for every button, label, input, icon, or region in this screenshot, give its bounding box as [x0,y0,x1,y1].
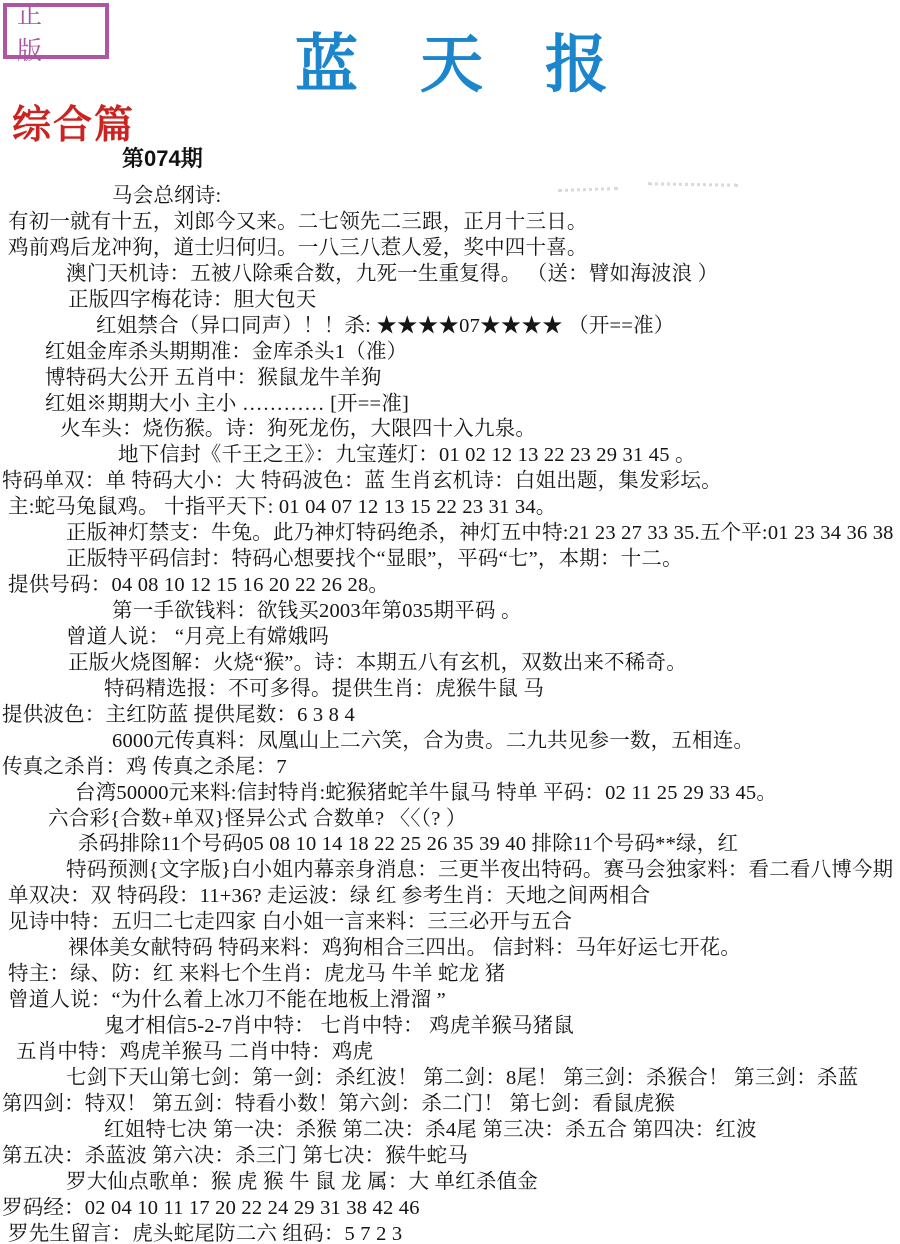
text-line: 有初一就有十五，刘郎今又来。二七领先二三跟，正月十三日。 [0,210,900,236]
text-line: 第一手欲钱料：欲钱买2003年第035期平码 。 [0,599,900,625]
text-line: 马会总纲诗: [0,184,900,210]
text-line: 七剑下天山第七剑：第一剑：杀红波！ 第二剑：8尾！ 第三剑：杀猴合！ 第三剑：杀… [0,1066,900,1092]
body-lines: 马会总纲诗:有初一就有十五，刘郎今又来。二七领先二三跟，正月十三日。鸡前鸡后龙冲… [0,184,900,1244]
text-line: 正版四字梅花诗：胆大包天 [0,288,900,314]
text-line: 杀码排除11个号码05 08 10 14 18 22 25 26 35 39 4… [0,832,900,858]
text-line: 五肖中特：鸡虎羊猴马 二肖中特：鸡虎 [0,1040,900,1066]
text-line: 第五决：杀蓝波 第六决：杀三门 第七决：猴牛蛇马 [0,1144,900,1170]
text-line: 裸体美女献特码 特码来料：鸡狗相合三四出。 信封料：马年好运七开花。 [0,936,900,962]
text-line: 罗大仙点歌单：猴 虎 猴 牛 鼠 龙 属：大 单红杀值金 [0,1170,900,1196]
text-line: 传真之杀肖：鸡 传真之杀尾：7 [0,755,900,781]
text-line: 正版火烧图解：火烧“猴”。诗：本期五八有玄机，双数出来不稀奇。 [0,651,900,677]
text-line: 红姐金库杀头期期准：金库杀头1（准） [0,340,900,366]
text-line: 主:蛇马兔鼠鸡。 十指平天下: 01 04 07 12 13 15 22 23 … [0,495,900,521]
text-line: 博特码大公开 五肖中：猴鼠龙牛羊狗 [0,366,900,392]
section-title: 综合篇 [12,94,135,150]
text-line: 特码精选报：不可多得。提供生肖：虎猴牛鼠 马 [0,677,900,703]
text-line: 特主：绿、防：红 来料七个生肖：虎龙马 牛羊 蛇龙 猪 [0,962,900,988]
text-line: 火车头：烧伤猴。诗：狗死龙伤，大限四十入九泉。 [0,417,900,443]
text-line: 红姐※期期大小 主小 ………… [开==准] [0,392,900,418]
text-line: 鬼才相信5-2-7肖中特： 七肖中特： 鸡虎羊猴马猪鼠 [0,1014,900,1040]
stamp-label: 正 版 [7,0,105,67]
text-line: 见诗中特：五归二七走四家 白小姐一言来料：三三必开与五合 [0,910,900,936]
issue-number: 第074期 [122,142,203,173]
text-line: 第四剑：特双！ 第五剑：特看小数！第六剑：杀二门！ 第七剑：看鼠虎猴 [0,1092,900,1118]
text-line: 地下信封《千王之王》：九宝莲灯：01 02 12 13 22 23 29 31 … [0,443,900,469]
text-line: 正版神灯禁支：牛兔。此乃神灯特码绝杀，神灯五中特:21 23 27 33 35.… [0,521,900,547]
text-line: 特码单双：单 特码大小：大 特码波色：蓝 生肖玄机诗：白姐出题，集发彩坛。 [0,469,900,495]
text-line: 单双决：双 特码段：11+36? 走运波：绿 红 参考生肖：天地之间两相合 [0,884,900,910]
text-line: 澳门天机诗：五被八除乘合数，九死一生重复得。 （送：臂如海波浪 ） [0,262,900,288]
text-line: 红姐禁合（异口同声）！！杀: ★★★★07★★★★ （开==准） [0,314,900,340]
text-line: 特码预测{文字版}白小姐内幕亲身消息：三更半夜出特码。赛马会独家料：看二看八博今… [0,858,900,884]
text-line: 提供号码：04 08 10 12 15 16 20 22 26 28。 [0,573,900,599]
masthead-title: 蓝天报 [295,14,670,105]
newspaper-page: 正 版 蓝天报 综合篇 第074期 马会总纲诗:有初一就有十五，刘郎今又来。二七… [0,0,900,1244]
text-line: 6000元传真料：凤凰山上二六笑，合为贵。二九共见参一数，五相连。 [0,729,900,755]
text-line: 正版特平码信封：特码心想要找个“显眼”，平码“七”，本期：十二。 [0,547,900,573]
text-line: 红姐特七决 第一决：杀猴 第二决：杀4尾 第三决：杀五合 第四决：红波 [0,1118,900,1144]
text-line: 罗码经：02 04 10 11 17 20 22 24 29 31 38 42 … [0,1196,900,1222]
text-line: 提供波色：主红防蓝 提供尾数：6 3 8 4 [0,703,900,729]
text-line: 六合彩{合数+单双}怪异公式 合数单? 〈〈（? ） [0,807,900,833]
text-line: 曾道人说：“为什么着上冰刀不能在地板上滑溜 ” [0,988,900,1014]
text-line: 鸡前鸡后龙冲狗，道士归何归。一八三八惹人爱，奖中四十喜。 [0,236,900,262]
text-line: 曾道人说： “月亮上有嫦娥吗 [0,625,900,651]
text-line: 台湾50000元来料:信封特肖:蛇猴猪蛇羊牛鼠马 特单 平码：02 11 25 … [0,781,900,807]
authentic-edition-stamp: 正 版 [3,3,109,59]
text-line: 罗先生留言：虎头蛇尾防二六 组码：5 7 2 3 [0,1222,900,1244]
